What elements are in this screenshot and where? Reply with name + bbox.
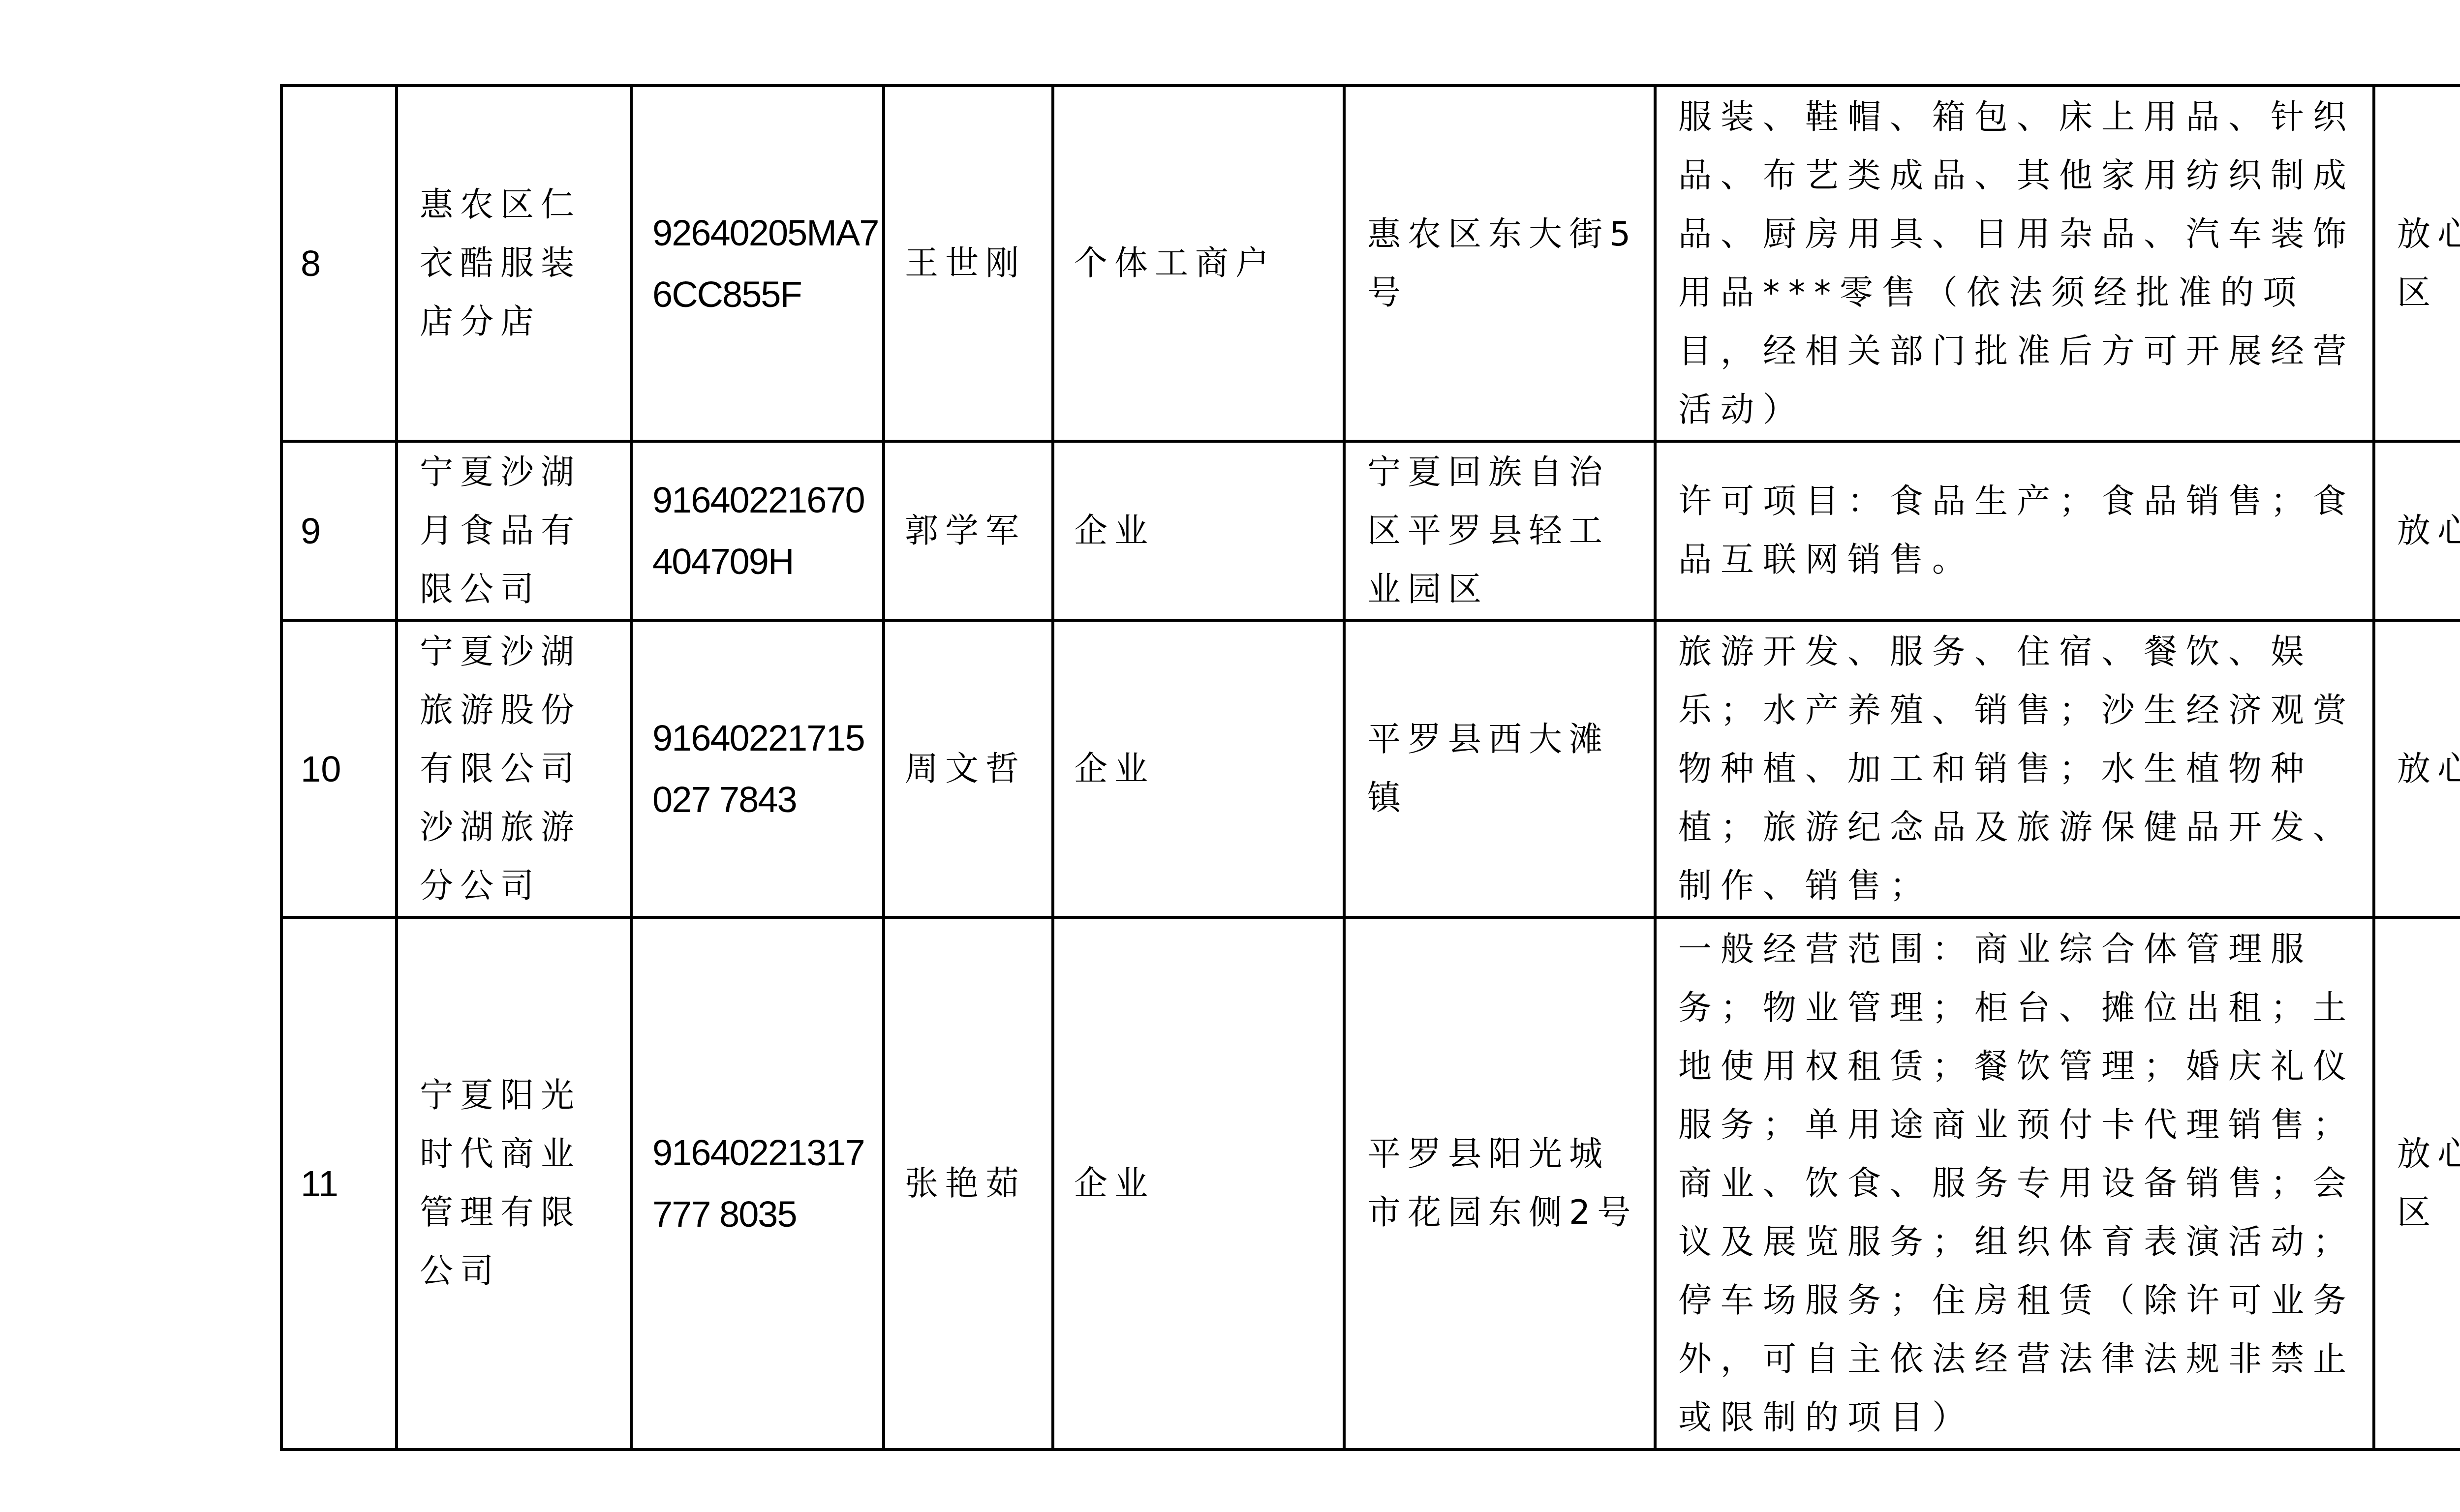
address-cell: 惠农区东大街5号 [1344, 86, 1655, 441]
table-row: 11 宁夏阳光时代商业管理有限公司 91640221317777 8035 张艳… [281, 917, 2460, 1450]
row-number-cell: 11 [281, 917, 397, 1450]
merchant-register-table: 8 惠农区仁衣酷服装店分店 92640205MA76CC855F 王世刚 个体工… [280, 84, 2460, 1451]
category-cell: 放心消费聚集区 [2374, 86, 2460, 441]
business-scope-cell: 一般经营范围：商业综合体管理服务；物业管理；柜台、摊位出租；土地使用权租赁；餐饮… [1655, 917, 2374, 1450]
entity-name-cell: 宁夏沙湖旅游股份有限公司沙湖旅游分公司 [397, 620, 631, 917]
person-in-charge-cell: 周文哲 [884, 620, 1053, 917]
table-row: 10 宁夏沙湖旅游股份有限公司沙湖旅游分公司 91640221715027 78… [281, 620, 2460, 917]
business-scope-cell: 许可项目：食品生产；食品销售；食品互联网销售。 [1655, 441, 2374, 620]
business-scope-cell: 服装、鞋帽、箱包、床上用品、针织品、布艺类成品、其他家用纺织制成品、厨房用具、日… [1655, 86, 2374, 441]
credit-code-cell: 91640221317777 8035 [631, 917, 884, 1450]
category-cell: 放心消费聚集区 [2374, 917, 2460, 1450]
credit-code-cell: 91640221715027 7843 [631, 620, 884, 917]
entity-type-cell: 企业 [1053, 917, 1344, 1450]
entity-name-cell: 惠农区仁衣酷服装店分店 [397, 86, 631, 441]
person-in-charge-cell: 张艳茹 [884, 917, 1053, 1450]
entity-name-cell: 宁夏沙湖月食品有限公司 [397, 441, 631, 620]
address-cell: 平罗县阳光城市花园东侧2号 [1344, 917, 1655, 1450]
person-in-charge-cell: 王世刚 [884, 86, 1053, 441]
business-scope-cell: 旅游开发、服务、住宿、餐饮、娱乐；水产养殖、销售；沙生经济观赏物种植、加工和销售… [1655, 620, 2374, 917]
address-cell: 平罗县西大滩镇 [1344, 620, 1655, 917]
category-cell: 放心消费单元 [2374, 620, 2460, 917]
entity-type-cell: 企业 [1053, 620, 1344, 917]
row-number-cell: 10 [281, 620, 397, 917]
category-cell: 放心消费单元 [2374, 441, 2460, 620]
table-row: 9 宁夏沙湖月食品有限公司 91640221670404709H 郭学军 企业 … [281, 441, 2460, 620]
table-row: 8 惠农区仁衣酷服装店分店 92640205MA76CC855F 王世刚 个体工… [281, 86, 2460, 441]
address-cell: 宁夏回族自治区平罗县轻工业园区 [1344, 441, 1655, 620]
row-number-cell: 8 [281, 86, 397, 441]
row-number-cell: 9 [281, 441, 397, 620]
entity-type-cell: 企业 [1053, 441, 1344, 620]
entity-type-cell: 个体工商户 [1053, 86, 1344, 441]
person-in-charge-cell: 郭学军 [884, 441, 1053, 620]
credit-code-cell: 91640221670404709H [631, 441, 884, 620]
entity-name-cell: 宁夏阳光时代商业管理有限公司 [397, 917, 631, 1450]
credit-code-cell: 92640205MA76CC855F [631, 86, 884, 441]
